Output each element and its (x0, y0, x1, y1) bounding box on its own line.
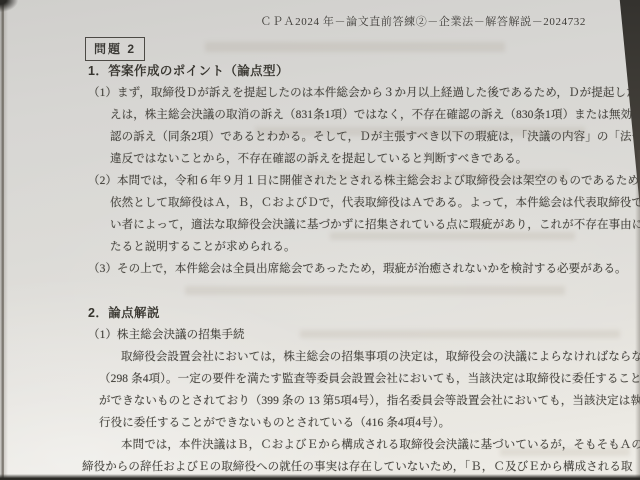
bleed-through-mark (205, 42, 505, 52)
text-line: い者によって，適法な取締役会決議に基づかずに招集されている点に瑕疵があり，これが… (110, 214, 604, 236)
text-line: （2）本問では，令和６年９月１日に開催されたとされる株主総会および取締役会は架空… (88, 170, 604, 192)
text-line: たると説明することが求められる。 (110, 236, 604, 258)
text-line: 認の訴え（同条2項）であるとわかる。そして，Ｄが主張すべき以下の瑕疵は，「決議の… (110, 126, 604, 148)
paragraph: 取締役会設置会社においては，株主総会の招集事項の決定は，取締役会の決議によらなけ… (88, 346, 604, 478)
text-line: 依然として取締役はＡ，Ｂ，ＣおよびＤで，代表取締役はＡである。よって，本件総会は… (110, 192, 604, 214)
paper-left-edge-line (2, 0, 4, 480)
problem-number-label: 問題 2 (94, 42, 136, 56)
document-body: 1．答案作成のポイント（論点型） （1）まず，取締役Ｄが訴えを提起したのは本件総… (88, 60, 604, 478)
text-line: （3）その上で，本件総会は全員出席総会であったため，瑕疵が治癒されないかを検討す… (88, 258, 604, 280)
section-1-heading: 1．答案作成のポイント（論点型） (88, 60, 604, 82)
photo-bottom-edge (0, 474, 640, 480)
text-line: ができないものとされており（399 条の 13 第5項4号），指名委員会等設置会… (99, 390, 604, 412)
document-header-title: ＣＰＡ2024 年－論文直前答練②－企業法－解答解説－2024732 (0, 13, 586, 29)
paragraph: （3）その上で，本件総会は全員出席総会であったため，瑕疵が治癒されないかを検討す… (88, 258, 604, 280)
text-line: （1）株主総会決議の招集手続 (88, 324, 604, 346)
text-line: 違反ではないことから，不存在確認の訴えを提起していると判断すべきである。 (110, 148, 604, 170)
text-line: 本問では，本件決議はＢ，ＣおよびＥから構成される取締役会決議に基づいているが，そ… (121, 434, 604, 456)
text-line: （1）まず，取締役Ｄが訴えを提起したのは本件総会から３か月以上経過した後であるた… (88, 82, 604, 104)
text-line: えは，株主総会決議の取消の訴え（831条1項）ではなく，不存在確認の訴え（830… (110, 104, 604, 126)
text-line: 取締役会設置会社においては，株主総会の招集事項の決定は，取締役会の決議によらなけ… (121, 346, 604, 368)
section-2-heading: 2．論点解説 (88, 302, 604, 324)
photographed-document-page: ＣＰＡ2024 年－論文直前答練②－企業法－解答解説－2024732 問題 2 … (0, 0, 640, 480)
problem-number-box: 問題 2 (85, 37, 145, 61)
photo-right-edge (635, 150, 640, 480)
paragraph: （2）本問では，令和６年９月１日に開催されたとされる株主総会および取締役会は架空… (88, 170, 604, 258)
paragraph: （1）まず，取締役Ｄが訴えを提起したのは本件総会から３か月以上経過した後であるた… (88, 82, 604, 170)
photo-top-left-corner (0, 0, 18, 12)
text-line: （298 条4項）。一定の要件を満たす監査等委員会設置会社においても，当該決定は… (99, 368, 604, 390)
paragraph: （1）株主総会決議の招集手続 (88, 324, 604, 346)
text-line: 行役に委任することができないものとされている（416 条4項4号）。 (99, 412, 604, 434)
